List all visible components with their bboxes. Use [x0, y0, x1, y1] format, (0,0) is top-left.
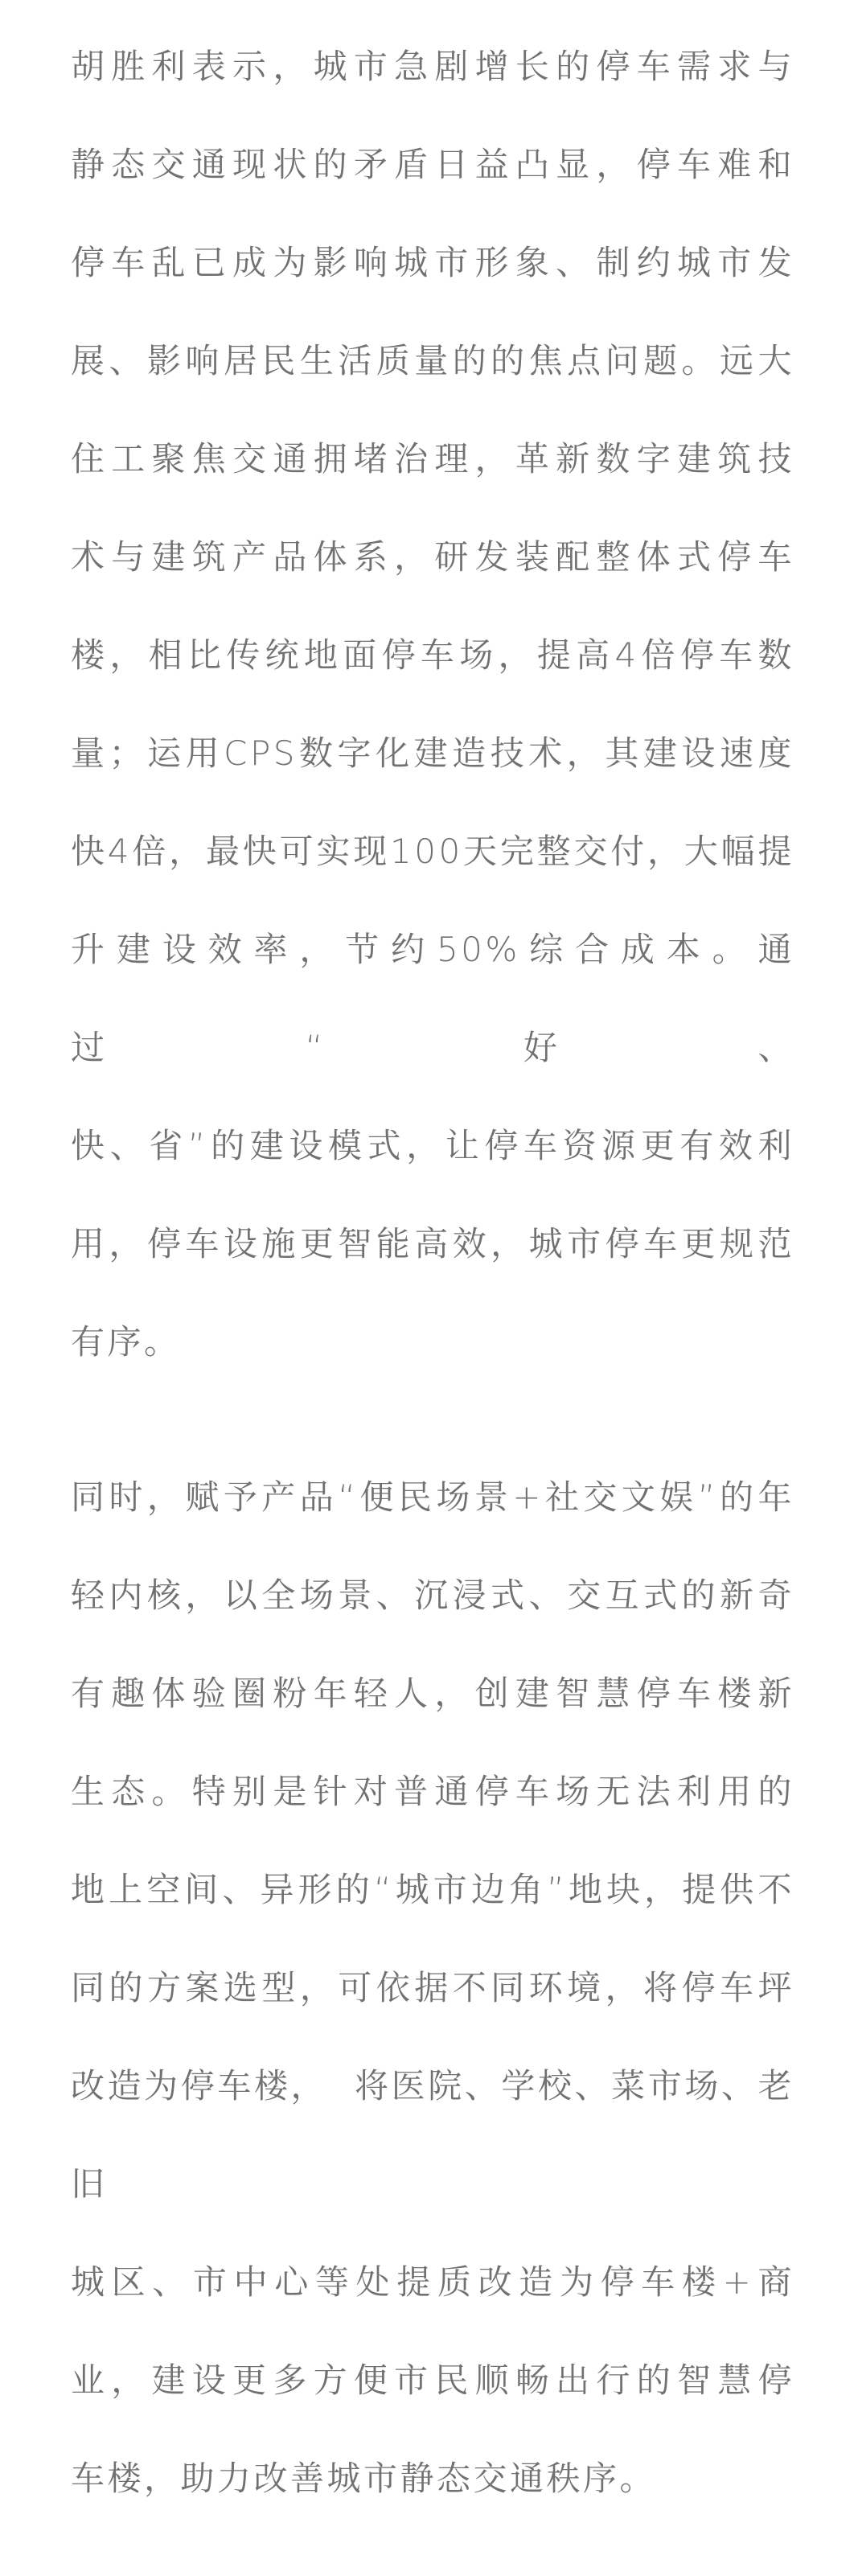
text-line: 住工聚焦交通拥堵治理，革新数字建筑技	[71, 410, 794, 508]
text-line: 停车乱已成为影响城市形象、制约城市发	[71, 214, 794, 312]
text-line: 改造为停车楼， 将医院、学校、菜市场、老旧	[71, 2037, 794, 2233]
article-body: 胡胜利表示，城市急剧增长的停车需求与 静态交通现状的矛盾日益凸显，停车难和 停车…	[0, 0, 858, 2576]
text-line: 同时，赋予产品“便民场景+社交文娱”的年	[71, 1448, 794, 1547]
text-line: 量；运用CPS数字化建造技术，其建设速度	[71, 705, 794, 803]
text-line: 术与建筑产品体系，研发装配整体式停车	[71, 508, 794, 606]
text-line: 同的方案选型，可依据不同环境，将停车坪	[71, 1939, 794, 2037]
text-line: 胡胜利表示，城市急剧增长的停车需求与	[71, 18, 794, 116]
text-line: 展、影响居民生活质量的的焦点问题。远大	[71, 312, 794, 410]
text-line: 快、省”的建设模式，让停车资源更有效利	[71, 1097, 794, 1195]
text-line: 轻内核，以全场景、沉浸式、交互式的新奇	[71, 1547, 794, 1645]
text-line: 业，建设更多方便市民顺畅出行的智慧停	[71, 2332, 794, 2430]
paragraph-2: 同时，赋予产品“便民场景+社交文娱”的年 轻内核，以全场景、沉浸式、交互式的新奇…	[71, 1448, 794, 2528]
text-line: 有趣体验圈粉年轻人，创建智慧停车楼新	[71, 1645, 794, 1743]
text-line: 城区、市中心等处提质改造为停车楼+商	[71, 2233, 794, 2332]
text-line: 用，停车设施更智能高效，城市停车更规范	[71, 1195, 794, 1293]
text-line: 车楼，助力改善城市静态交通秩序。	[71, 2430, 794, 2528]
text-line: 静态交通现状的矛盾日益凸显，停车难和	[71, 116, 794, 214]
text-line: 生态。特别是针对普通停车场无法利用的	[71, 1743, 794, 1841]
text-line: 快4倍，最快可实现100天完整交付，大幅提	[71, 803, 794, 901]
text-line: 地上空间、异形的“城市边角”地块，提供不	[71, 1841, 794, 1939]
text-line: 有序。	[71, 1293, 794, 1391]
text-line: 升建设效率，节约50%综合成本。通过“好、	[71, 901, 794, 1097]
paragraph-1: 胡胜利表示，城市急剧增长的停车需求与 静态交通现状的矛盾日益凸显，停车难和 停车…	[71, 18, 794, 1391]
text-line: 楼，相比传统地面停车场，提高4倍停车数	[71, 606, 794, 705]
